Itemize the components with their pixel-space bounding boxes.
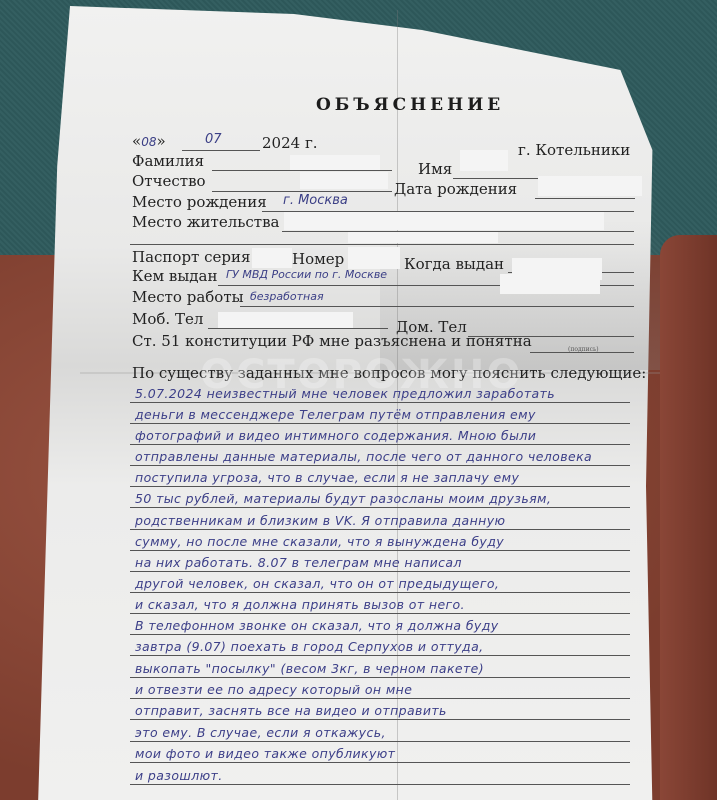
mobile-redacted — [218, 312, 353, 328]
article-51-text: Ст. 51 конституции РФ мне разъяснена и п… — [132, 332, 532, 350]
ruled-line — [130, 762, 630, 763]
birthdate-label: Дата рождения — [394, 180, 517, 198]
passport-series-redacted — [252, 248, 292, 268]
handwritten-line: и отвезти ее по адресу который он мне — [135, 682, 412, 697]
ruled-line — [130, 423, 630, 424]
residence-redacted-2 — [348, 232, 498, 243]
handwritten-line: отправлены данные материалы, после чего … — [135, 449, 592, 464]
ruled-line — [130, 444, 630, 445]
background-blanket-edge — [660, 235, 717, 800]
workplace-label: Место работы — [132, 288, 244, 306]
name-redacted — [460, 150, 508, 171]
handwritten-line: и разошлют. — [135, 768, 223, 783]
surname-line — [212, 170, 392, 171]
handwritten-line: сумму, но после мне сказали, что я вынуж… — [135, 534, 504, 549]
birthdate-redacted — [538, 176, 642, 196]
ruled-line — [130, 592, 630, 593]
ruled-line — [130, 571, 630, 572]
residence-line-2 — [130, 244, 634, 245]
passport-number-redacted — [348, 247, 400, 269]
residence-redacted — [284, 212, 604, 230]
ruled-line — [130, 529, 630, 530]
date-year: 2024 г. — [262, 134, 318, 152]
patronymic-line — [212, 191, 392, 192]
date-row: «08» — [132, 132, 166, 150]
handwritten-line: В телефонном звонке он сказал, что я дол… — [135, 618, 499, 633]
date-month: 07 — [205, 132, 222, 147]
handwritten-line: фотографий и видео интимного содержания.… — [135, 428, 536, 443]
passport-series-label: Паспорт серия — [132, 248, 250, 266]
ruled-line — [130, 784, 630, 785]
handwritten-line: на них работать. 8.07 в телеграм мне нап… — [135, 555, 462, 570]
ruled-line — [130, 613, 630, 614]
handwritten-line: мои фото и видео также опубликуют — [135, 746, 395, 761]
handwritten-line: это ему. В случае, если я откажусь, — [135, 725, 386, 740]
date-day: 08 — [141, 135, 156, 149]
ruled-line — [130, 719, 630, 720]
ruled-line — [130, 507, 630, 508]
ruled-line — [130, 634, 630, 635]
handwritten-line: деньги в мессенджере Телеграм путём отпр… — [135, 407, 536, 422]
surname-label: Фамилия — [132, 152, 204, 170]
document-title: ОБЪЯСНЕНИЕ — [316, 95, 504, 115]
ruled-line — [130, 677, 630, 678]
document-paper — [38, 6, 678, 800]
issued-by-label: Кем выдан — [132, 267, 217, 285]
patronymic-label: Отчество — [132, 172, 206, 190]
handwritten-line: завтра (9.07) поехать в город Серпухов и… — [135, 639, 484, 654]
residence-label: Место жительства — [132, 213, 280, 231]
passport-number-label: Номер — [292, 250, 344, 268]
mobile-line — [208, 328, 388, 329]
handwritten-line: поступила угроза, что в случае, если я н… — [135, 470, 519, 485]
date-month-line — [182, 150, 260, 151]
handwritten-line: отправит, заснять все на видео и отправи… — [135, 703, 447, 718]
signature-caption: (подпись) — [568, 346, 599, 353]
workplace-line — [240, 306, 634, 307]
handwritten-line: 50 тыс рублей, материалы будут разосланы… — [135, 491, 551, 506]
birthdate-line — [535, 198, 635, 199]
surname-redacted — [290, 155, 380, 170]
ruled-line — [130, 550, 630, 551]
ruled-line — [130, 465, 630, 466]
date-open-quote: « — [132, 132, 141, 150]
ruled-line — [130, 402, 630, 403]
ruled-line — [130, 698, 630, 699]
mobile-label: Моб. Тел — [132, 310, 203, 328]
birthplace-value: г. Москва — [283, 193, 348, 208]
ruled-line — [130, 655, 630, 656]
birthplace-label: Место рождения — [132, 193, 267, 211]
workplace-value: безработная — [250, 290, 324, 303]
name-label: Имя — [418, 160, 452, 178]
patronymic-redacted — [300, 172, 388, 189]
handwritten-line: другой человек, он сказал, что он от пре… — [135, 576, 499, 591]
ruled-line — [130, 741, 630, 742]
issued-when-label: Когда выдан — [404, 255, 504, 273]
date-close-quote: » — [156, 132, 165, 150]
handwritten-line: выкопать "посылку" (весом 3кг, в черном … — [135, 661, 484, 676]
handwritten-line: 5.07.2024 неизвестный мне человек предло… — [135, 386, 555, 401]
ruled-line — [130, 486, 630, 487]
issued-by-value: ГУ МВД России по г. Москве — [226, 268, 387, 281]
handwritten-line: родственникам и близким в VK. Я отправил… — [135, 513, 505, 528]
handwritten-line: и сказал, что я должна принять вызов от … — [135, 597, 465, 612]
city: г. Котельники — [518, 141, 630, 159]
issued-by-redacted — [500, 274, 600, 294]
